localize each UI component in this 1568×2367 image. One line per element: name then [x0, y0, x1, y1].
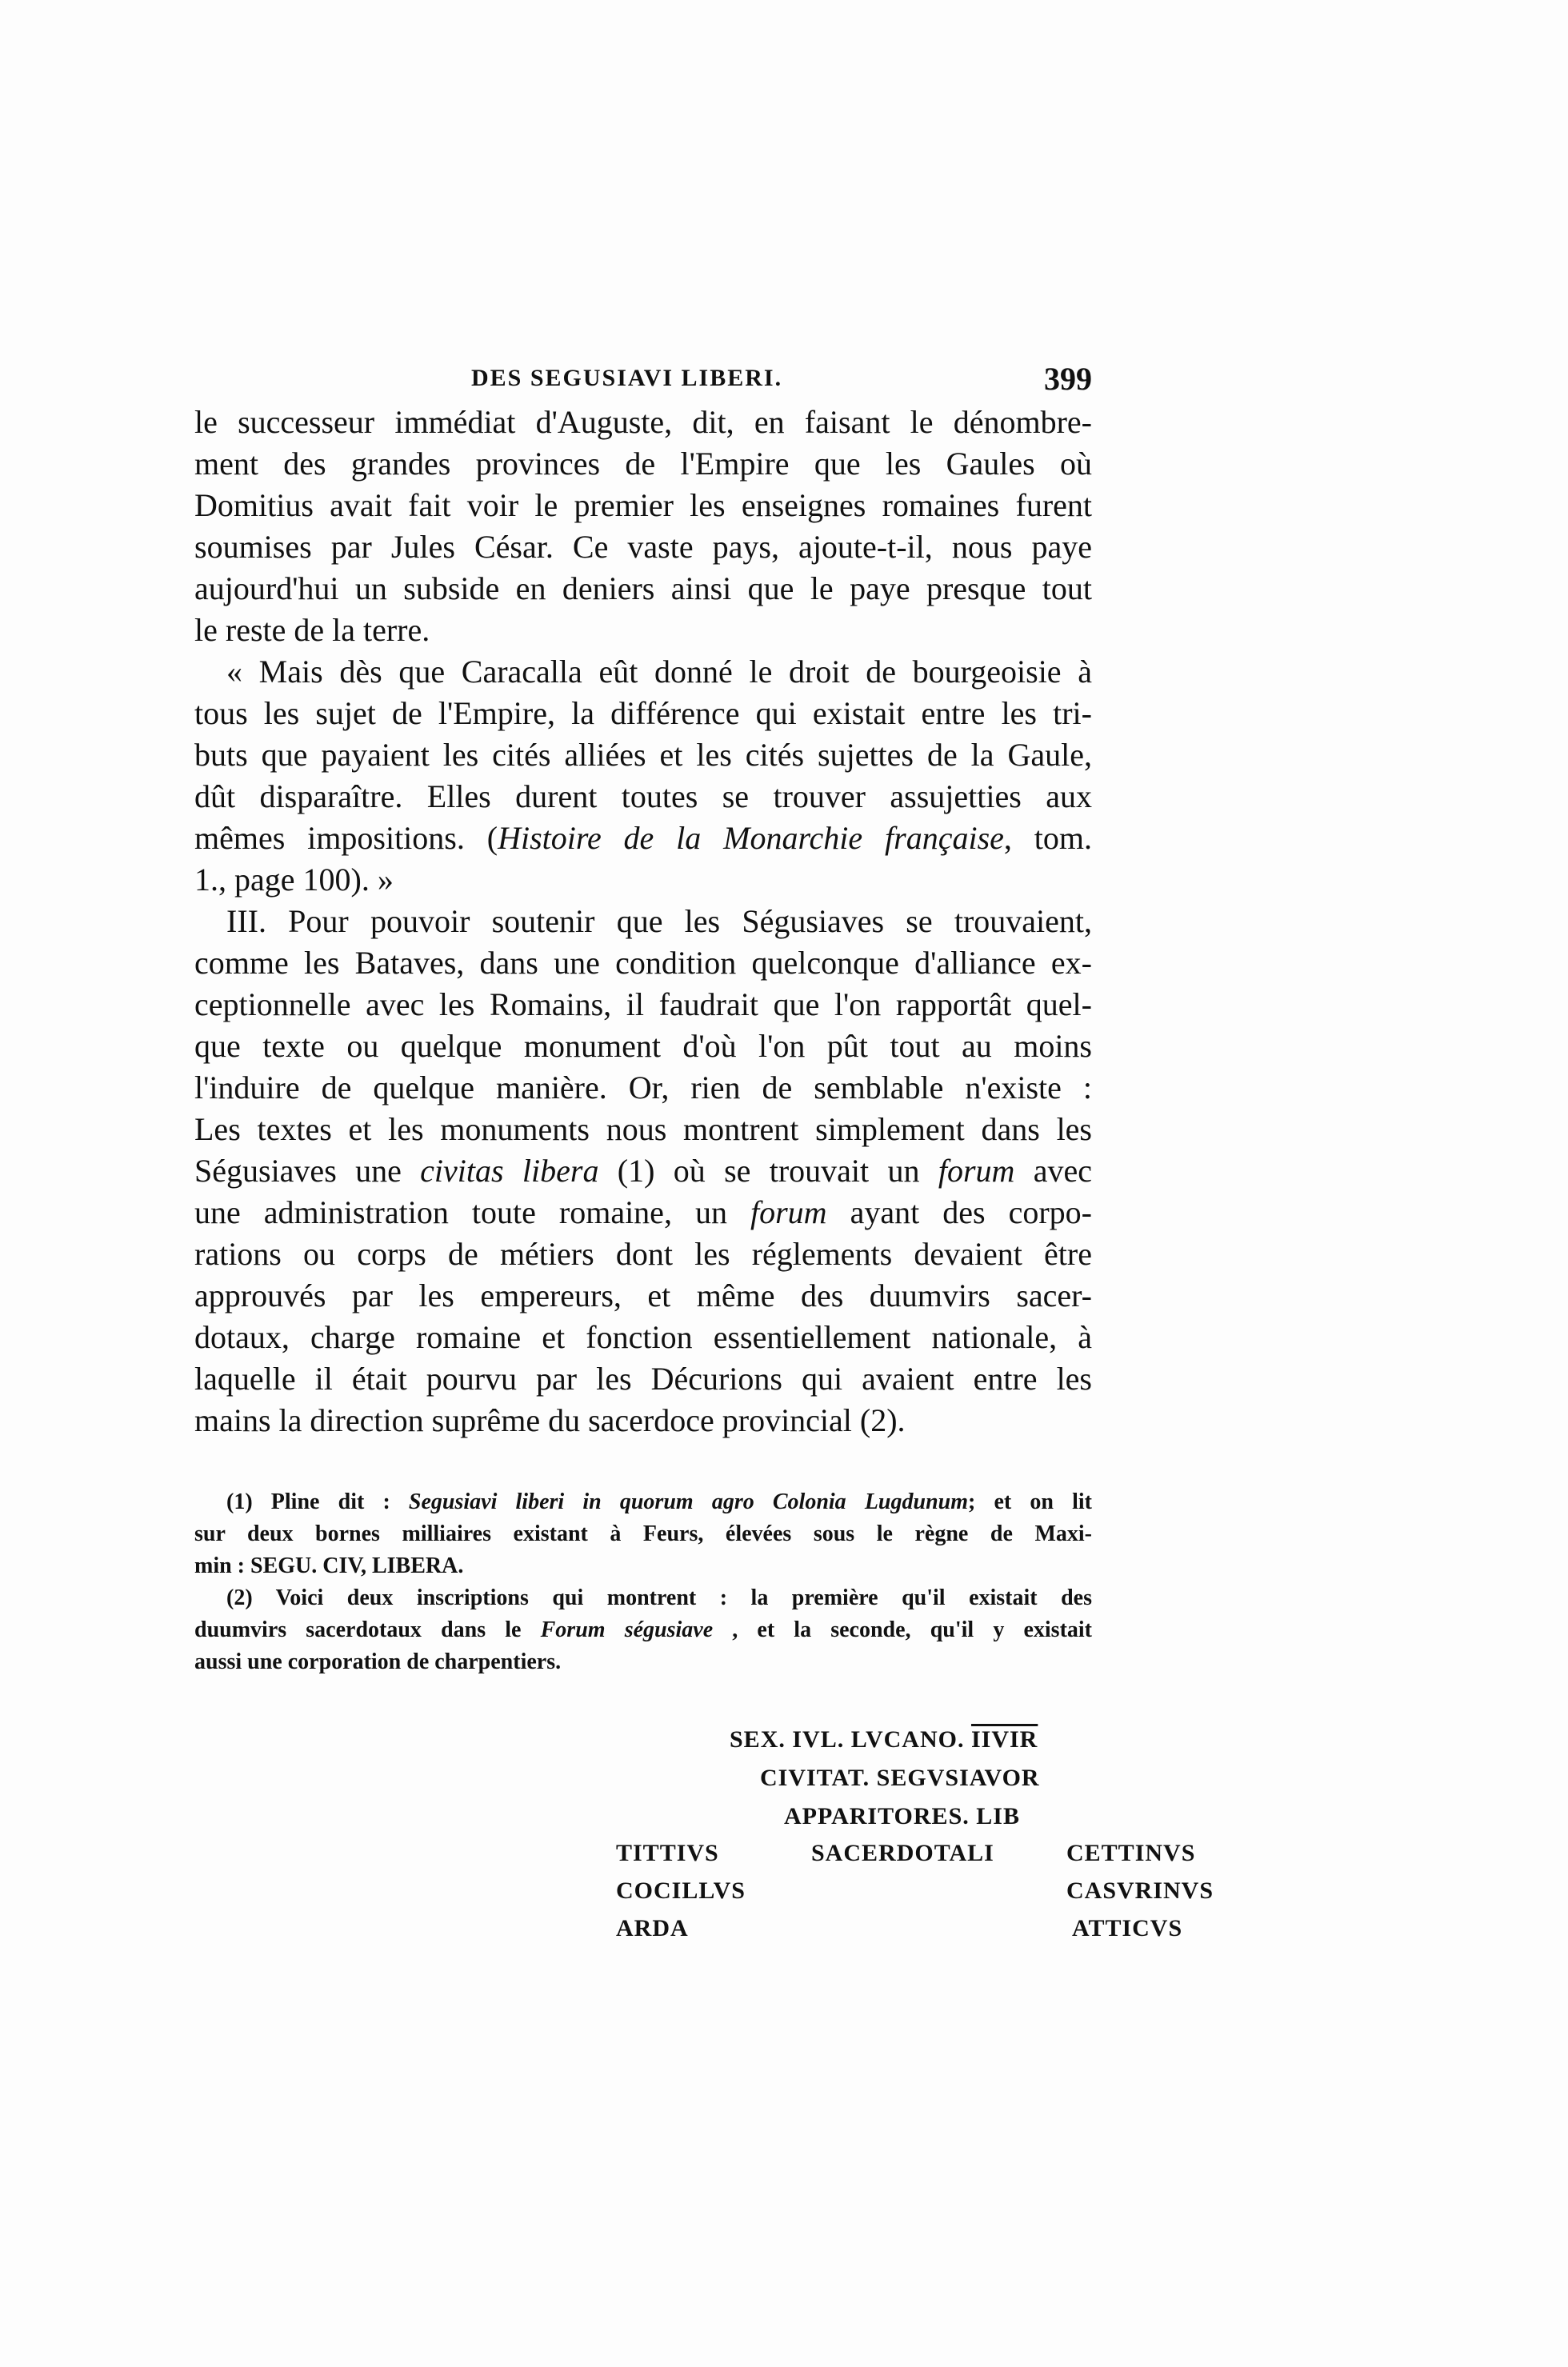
footnote-ref-1: (1) où se trouvait un [598, 1153, 938, 1189]
latin-term: forum [750, 1194, 827, 1230]
text-line: laquelle il était pourvu par les Décurio… [194, 1358, 1092, 1400]
inscription-name-right: CASVRINVS [1066, 1877, 1214, 1905]
inscription-name-left: COCILLVS [616, 1877, 746, 1905]
running-title: DES SEGUSIAVI LIBERI. [471, 365, 782, 392]
inscription-name-right: ATTICVS [1072, 1915, 1182, 1942]
text-line: dotaux, charge romaine et fonction essen… [194, 1317, 1092, 1358]
text-line: « Mais dès que Caracalla eût donné le dr… [194, 651, 1092, 693]
text-line: ment des grandes provinces de l'Empire q… [194, 443, 1092, 485]
footnotes: (1) Pline dit : Segusiavi liberi in quor… [194, 1486, 1092, 1678]
text-line: le reste de la terre. [194, 610, 1092, 651]
place-name: Forum ségusiave [541, 1617, 714, 1642]
text-segment: SEX. IVL. LVCANO. [730, 1726, 971, 1753]
inscription-line-3: APPARITORES. LIB [784, 1803, 1020, 1830]
text-segment: une administration toute romaine, un [194, 1194, 750, 1230]
footnote-line: aussi une corporation de charpentiers. [194, 1646, 1092, 1678]
book-title: Histoire de la Monarchie française [498, 820, 1004, 856]
inscription-name-left: ARDA [616, 1915, 689, 1942]
section-start-III: III. Pour pouvoir soutenir que les Ségus… [194, 901, 1092, 942]
text-segment: duumvirs sacerdotaux dans le [194, 1617, 541, 1642]
text-segment: ; et on lit [968, 1489, 1092, 1514]
text-segment: , tom. [1004, 820, 1092, 856]
text-line: dût disparaître. Elles durent toutes se … [194, 776, 1092, 818]
inscription-line-2: CIVITAT. SEGVSIAVOR [760, 1765, 1040, 1792]
footnote-1: (1) Pline dit : Segusiavi liberi in quor… [194, 1486, 1092, 1518]
text-line: 1., page 100). » [194, 859, 1092, 901]
text-segment: mêmes impositions. ( [194, 820, 498, 856]
text-segment: , et la seconde, qu'il y existait [713, 1617, 1092, 1642]
book-page: DES SEGUSIAVI LIBERI. 399 le successeur … [0, 0, 1568, 2367]
text-line: mains la direction suprême du sacerdoce … [194, 1400, 1092, 1441]
text-line: Ségusiaves une civitas libera (1) où se … [194, 1150, 1092, 1192]
latin-quote: Segusiavi liberi in quorum agro Colonia … [409, 1489, 968, 1514]
text-segment: Ségusiaves une [194, 1153, 420, 1189]
text-segment: ayant des corpo- [827, 1194, 1092, 1230]
text-line: Domitius avait fait voir le premier les … [194, 485, 1092, 526]
inscription-center: SACERDOTALI [811, 1840, 994, 1867]
page-number: 399 [1044, 360, 1092, 398]
text-line: mêmes impositions. (Histoire de la Monar… [194, 818, 1092, 859]
text-line: que texte ou quelque monument d'où l'on … [194, 1026, 1092, 1067]
text-line: approuvés par les empereurs, et même des… [194, 1275, 1092, 1317]
footnote-line: sur deux bornes milliaires existant à Fe… [194, 1518, 1092, 1550]
running-header: DES SEGUSIAVI LIBERI. 399 [194, 365, 1092, 405]
inscription-name-left: TITTIVS [616, 1840, 719, 1867]
text-line: tous les sujet de l'Empire, la différenc… [194, 693, 1092, 734]
text-segment: (1) Pline dit : [226, 1489, 409, 1514]
latin-term: civitas libera [420, 1153, 598, 1189]
text-line: ceptionnelle avec les Romains, il faudra… [194, 984, 1092, 1026]
text-line: rations ou corps de métiers dont les rég… [194, 1233, 1092, 1275]
duumvir-numeral: IIVIR [971, 1726, 1038, 1753]
text-line: Les textes et les monuments nous montren… [194, 1109, 1092, 1150]
text-line: l'induire de quelque manière. Or, rien d… [194, 1067, 1092, 1109]
text-line: buts que payaient les cités alliées et l… [194, 734, 1092, 776]
text-line: une administration toute romaine, un for… [194, 1192, 1092, 1233]
footnote-line: duumvirs sacerdotaux dans le Forum ségus… [194, 1614, 1092, 1646]
footnote-line: min : SEGU. CIV, LIBERA. [194, 1550, 1092, 1582]
text-line: soumises par Jules César. Ce vaste pays,… [194, 526, 1092, 568]
text-segment: avec [1014, 1153, 1092, 1189]
inscription-name-right: CETTINVS [1066, 1840, 1195, 1867]
inscription-line-1: SEX. IVL. LVCANO. IIVIR [730, 1726, 1038, 1753]
text-line: le successeur immédiat d'Auguste, dit, e… [194, 402, 1092, 443]
footnote-2: (2) Voici deux inscriptions qui montrent… [194, 1582, 1092, 1614]
body-text: le successeur immédiat d'Auguste, dit, e… [194, 402, 1092, 1441]
latin-term: forum [938, 1153, 1015, 1189]
text-line: aujourd'hui un subside en deniers ainsi … [194, 568, 1092, 610]
text-line: comme les Bataves, dans une condition qu… [194, 942, 1092, 984]
